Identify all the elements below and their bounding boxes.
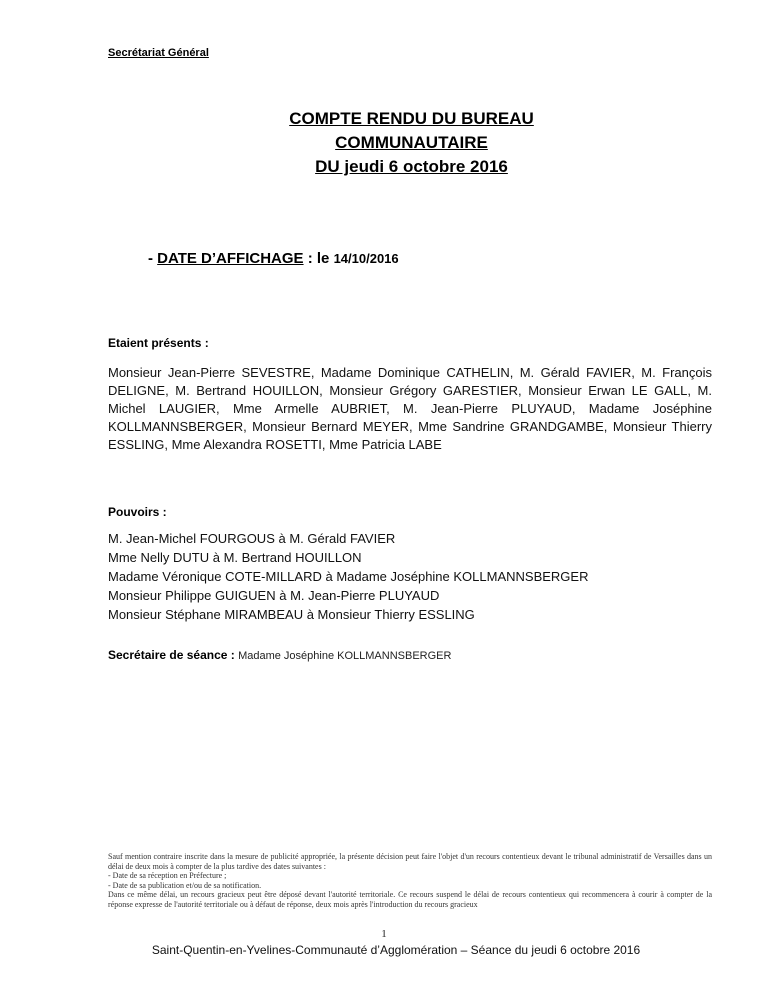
secretaire-seance: Secrétaire de séance : Madame Joséphine …: [108, 648, 451, 662]
legal-line: Dans ce même délai, un recours gracieux …: [108, 890, 712, 909]
title-line-1: COMPTE RENDU DU BUREAU: [55, 107, 768, 131]
date-affichage: - DATE D’AFFICHAGE : le 14/10/2016: [148, 250, 399, 267]
pouvoirs-heading: Pouvoirs :: [108, 505, 167, 519]
title-line-2: COMMUNAUTAIRE: [55, 131, 768, 155]
pouvoir-item: Monsieur Stéphane MIRAMBEAU à Monsieur T…: [108, 606, 588, 624]
legal-notice: Sauf mention contraire inscrite dans la …: [108, 852, 712, 910]
affichage-separator: : le: [304, 250, 334, 267]
legal-line: - Date de sa publication et/ou de sa not…: [108, 881, 712, 891]
affichage-date: 14/10/2016: [334, 251, 399, 266]
page-footer: Saint-Quentin-en-Yvelines-Communauté d’A…: [0, 943, 768, 957]
pouvoirs-list: M. Jean-Michel FOURGOUS à M. Gérald FAVI…: [108, 530, 588, 625]
legal-line: - Date de sa réception en Préfecture ;: [108, 871, 712, 881]
legal-line: Sauf mention contraire inscrite dans la …: [108, 852, 712, 871]
pouvoir-item: M. Jean-Michel FOURGOUS à M. Gérald FAVI…: [108, 530, 588, 548]
page-number: 1: [0, 928, 768, 940]
pouvoir-item: Mme Nelly DUTU à M. Bertrand HOUILLON: [108, 549, 588, 567]
secretaire-label: Secrétaire de séance :: [108, 648, 238, 662]
document-title: COMPTE RENDU DU BUREAU COMMUNAUTAIRE DU …: [0, 107, 768, 179]
presents-list: Monsieur Jean-Pierre SEVESTRE, Madame Do…: [108, 364, 712, 454]
presents-heading: Etaient présents :: [108, 336, 209, 350]
affichage-label: DATE D’AFFICHAGE: [157, 250, 303, 267]
service-header: Secrétariat Général: [108, 47, 209, 59]
title-line-3: DU jeudi 6 octobre 2016: [55, 155, 768, 179]
pouvoir-item: Madame Véronique COTE-MILLARD à Madame J…: [108, 568, 588, 586]
pouvoir-item: Monsieur Philippe GUIGUEN à M. Jean-Pier…: [108, 587, 588, 605]
affichage-prefix: -: [148, 250, 157, 267]
secretaire-value: Madame Joséphine KOLLMANNSBERGER: [238, 650, 451, 662]
